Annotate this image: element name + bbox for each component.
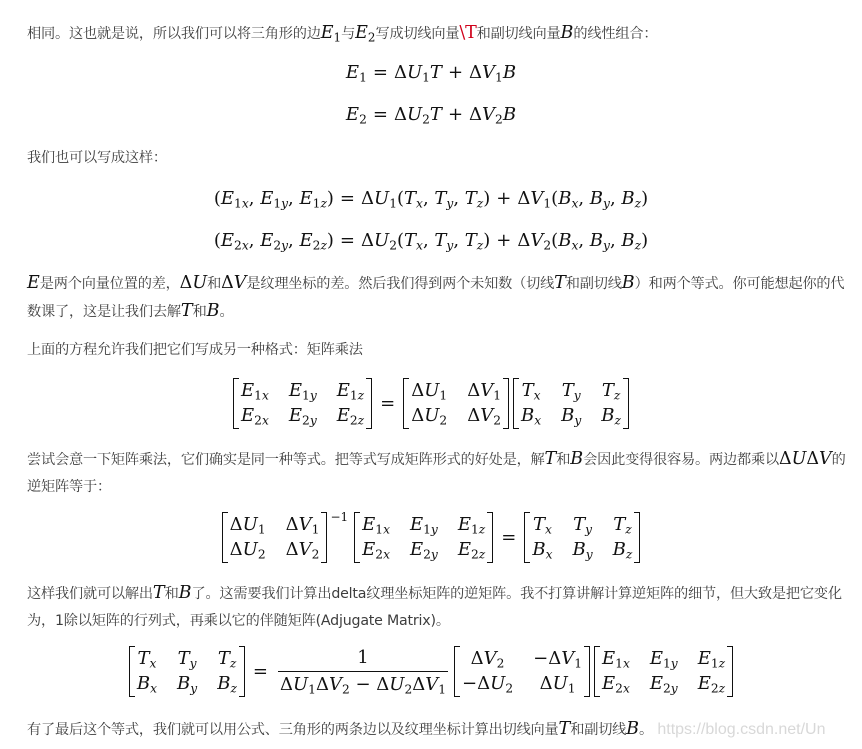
text: 是两个向量位置的差， <box>40 276 180 292</box>
equation-e1-components: (E1x, E1y, E1z)=ΔU1(Tx, Ty, Tz)+ΔV1(Bx, … <box>0 188 862 209</box>
text: 和 <box>193 304 207 320</box>
paragraph-intro: 相同。这也就是说，所以我们可以将三角形的边E1与E2写成切线向量\T和副切线向量… <box>27 20 854 48</box>
text: 。 <box>639 722 653 738</box>
equation-inverse: ΔU1ΔV1 ΔU2ΔV2 −1 E1xE1yE1z E2xE2yE2z = T… <box>0 512 862 563</box>
equation-e2: E2=ΔU2T+ΔV2B <box>0 104 862 125</box>
math-delta-u-delta-v: ΔUΔV <box>779 449 832 469</box>
text: 尝试会意一下矩阵乘法，它们确实是同一种等式。把等式写成矩阵形式的好处是，解 <box>27 452 545 468</box>
watermark-url: https://blog.csdn.net/Un <box>657 721 825 738</box>
matrix-tb: TxTyTz BxByBz <box>524 512 640 563</box>
red-latex-error-t: \T <box>459 23 476 43</box>
math-delta-u: ΔU <box>180 273 207 293</box>
math-e2: E2 <box>355 23 375 43</box>
equation-e1: E1=ΔU1T+ΔV1B <box>0 62 862 83</box>
math-b: B <box>622 273 635 293</box>
text: 有了最后这个等式，我们就可以用公式、三角形的两条边以及纹理坐标计算出切线向量 <box>27 722 559 738</box>
math-b: B <box>626 719 639 739</box>
equation-matrix-form: E1xE1yE1z E2xE2yE2z = ΔU1ΔV1 ΔU2ΔV2 TxTy… <box>0 378 862 429</box>
matrix-e: E1xE1yE1z E2xE2yE2z <box>233 378 372 429</box>
matrix-e: E1xE1yE1z E2xE2yE2z <box>354 512 493 563</box>
math-e: E <box>27 273 40 293</box>
text: 相同。这也就是说，所以我们可以将三角形的边 <box>27 26 321 42</box>
text: 。 <box>219 304 233 320</box>
matrix-tb: TxTyTz BxByBz <box>513 378 629 429</box>
paragraph-conclusion: 有了最后这个等式，我们就可以用公式、三角形的两条边以及纹理坐标计算出切线向量T和… <box>27 716 854 744</box>
paragraph-solve: 这样我们就可以解出T和B了。这需要我们计算出delta纹理坐标矩阵的逆矩阵。我不… <box>27 580 854 635</box>
matrix-e: E1xE1yE1z E2xE2yE2z <box>594 646 733 697</box>
math-t: T <box>554 273 566 293</box>
text: 是纹理坐标的差。然后我们得到两个未知数（切线 <box>246 276 554 292</box>
matrix-delta-uv: ΔU1ΔV1 ΔU2ΔV2 <box>403 378 509 429</box>
text: 和副切线 <box>570 722 626 738</box>
matrix-adjugate: ΔV2−ΔV1 −ΔU2ΔU1 <box>454 646 590 697</box>
text: 和副切线向量 <box>477 26 561 42</box>
fraction-inverse-determinant: 1 ΔU1ΔV2 − ΔU2ΔV1 <box>278 648 448 695</box>
text: 写成切线向量 <box>375 26 459 42</box>
math-b: B <box>207 301 220 321</box>
equation-e2-components: (E2x, E2y, E2z)=ΔU2(Tx, Ty, Tz)+ΔV2(Bx, … <box>0 230 862 251</box>
equation-solution: TxTyTz BxByBz = 1 ΔU1ΔV2 − ΔU2ΔV1 ΔV2−ΔV… <box>0 646 862 697</box>
inverse-superscript: −1 <box>330 510 348 524</box>
paragraph-explanation: E是两个向量位置的差，ΔU和ΔV是纹理坐标的差。然后我们得到两个未知数（切线T和… <box>27 270 854 326</box>
paragraph-inverse-intro: 尝试会意一下矩阵乘法，它们确实是同一种等式。把等式写成矩阵形式的好处是，解T和B… <box>27 446 854 501</box>
math-b: B <box>561 23 574 43</box>
matrix-delta-uv: ΔU1ΔV1 ΔU2ΔV2 <box>222 512 328 563</box>
text: 这样我们就可以解出 <box>27 586 153 602</box>
math-e1: E1 <box>321 23 341 43</box>
math-t: T <box>559 719 571 739</box>
text: 和 <box>207 276 221 292</box>
text: 和 <box>165 586 179 602</box>
matrix-tb: TxTyTz BxByBz <box>129 646 245 697</box>
paragraph-matrix-intro: 上面的方程允许我们把它们写成另一种格式：矩阵乘法 <box>27 337 854 364</box>
math-b: B <box>179 583 192 603</box>
math-b: B <box>570 449 583 469</box>
math-t: T <box>545 449 557 469</box>
math-delta-v: ΔV <box>221 273 246 293</box>
text: 和 <box>556 452 570 468</box>
paragraph-rewrite: 我们也可以写成这样： <box>27 145 854 172</box>
text: 和副切线 <box>566 276 622 292</box>
text: 的线性组合： <box>573 26 657 42</box>
text: 会因此变得很容易。两边都乘以 <box>583 452 779 468</box>
text: 与 <box>341 26 355 42</box>
math-t: T <box>153 583 165 603</box>
math-t: T <box>181 301 193 321</box>
